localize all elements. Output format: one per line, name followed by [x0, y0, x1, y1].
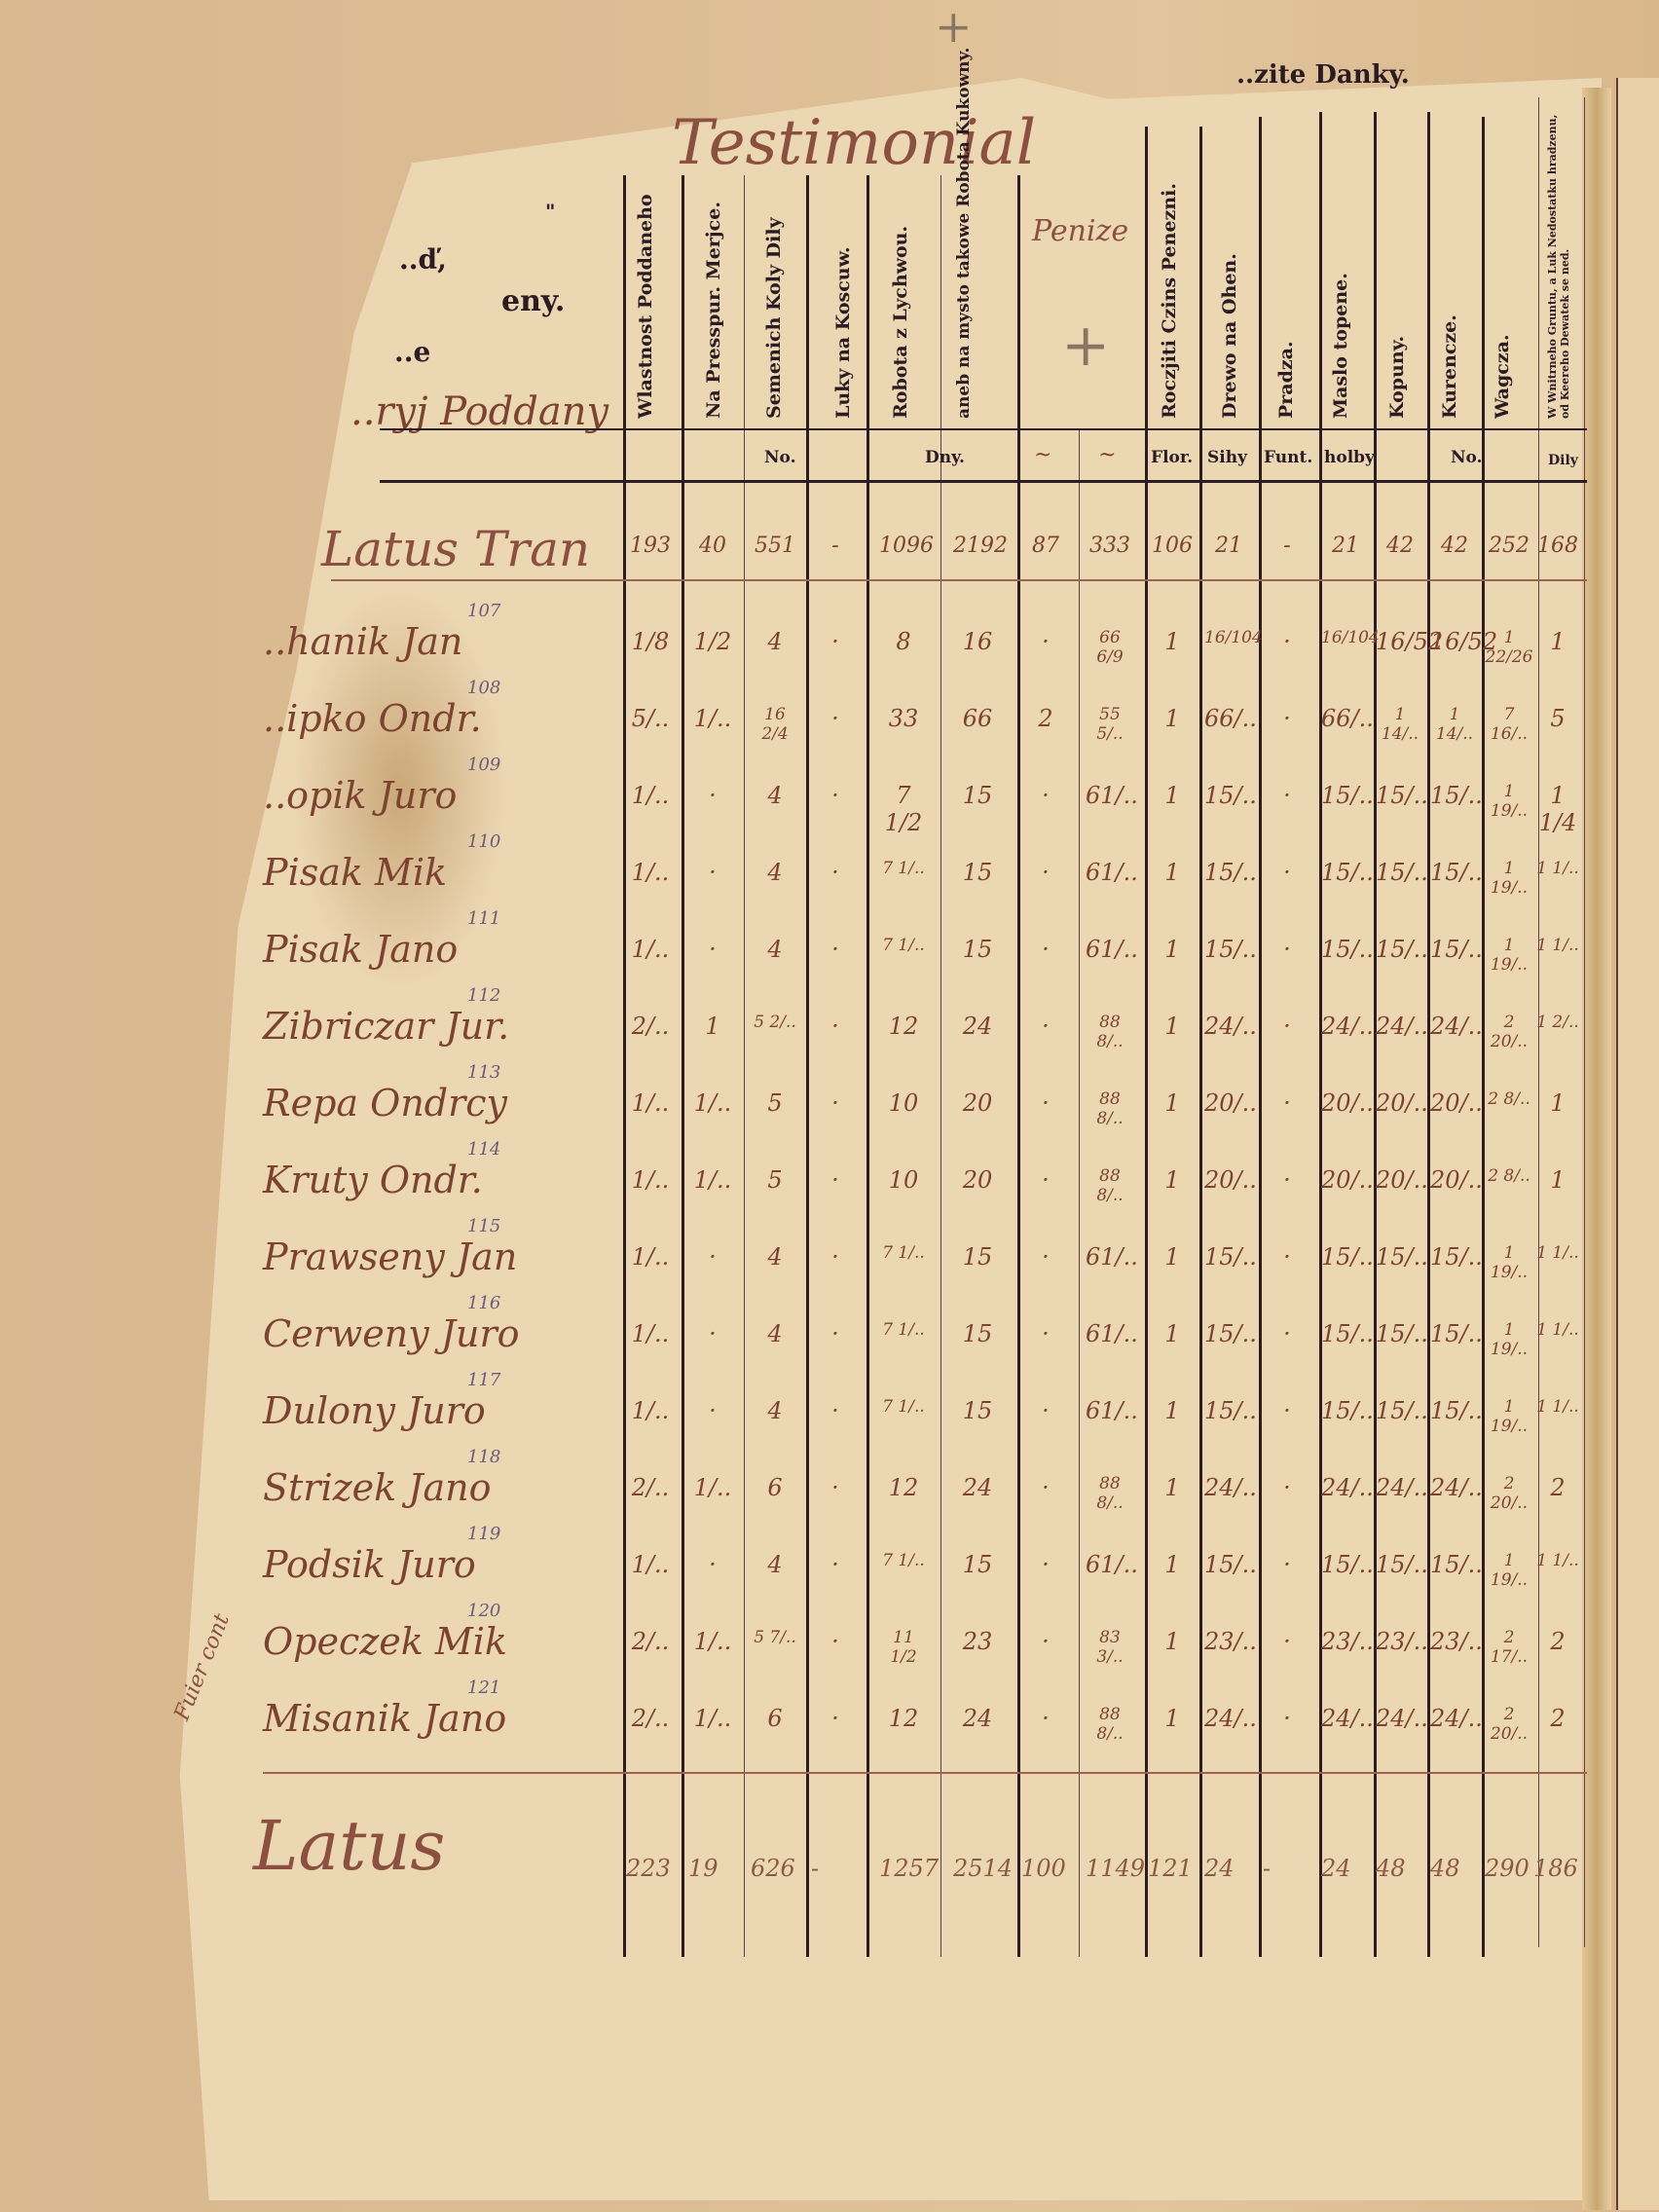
unit-label: ~ [1034, 443, 1051, 467]
total-value: 2514 [953, 1855, 1013, 1882]
cell-value: · [1263, 859, 1311, 886]
cell-value: 12 [879, 1705, 928, 1732]
cell-value: · [1021, 1013, 1070, 1040]
cell-value: 7 1/.. [879, 1320, 928, 1340]
cell-value: · [1263, 1705, 1311, 1732]
cell-value: 15 [953, 782, 1002, 809]
cell-value: 15/.. [1430, 782, 1479, 809]
cell-value: 15/.. [1321, 1320, 1370, 1347]
cell-value: 1 [1148, 936, 1197, 963]
cell-value: 5 [1533, 705, 1582, 732]
cell-value: · [688, 1320, 737, 1347]
cell-value: 1/.. [626, 1089, 675, 1117]
cell-value: 15/.. [1430, 1397, 1479, 1424]
cell-value: 1 [1148, 1166, 1197, 1194]
cell-value: 15 [953, 859, 1002, 886]
cell-value: 24/.. [1321, 1013, 1370, 1040]
carry-over-value: 2192 [953, 534, 1002, 558]
row-number: 119 [467, 1524, 500, 1544]
cell-value: 5 2/.. [751, 1013, 799, 1032]
cell-value: 1/.. [688, 705, 737, 732]
cell-value: 2 17/.. [1485, 1628, 1533, 1667]
handwritten-title: Testimonial [672, 107, 1036, 179]
cell-value: · [811, 1705, 860, 1732]
column-header: aneb na mysto takowe Robota Kukowny. [954, 170, 974, 419]
cell-value: 2/.. [626, 1013, 675, 1040]
row-number: 111 [467, 908, 500, 929]
heading-fragment: " [545, 200, 555, 223]
carry-over-value: 87 [1021, 534, 1070, 558]
subject-name: Cerweny Juro [263, 1312, 520, 1355]
cell-value: 16 2/4 [751, 705, 799, 744]
cell-value: 15/.. [1321, 1243, 1370, 1271]
column-divider [1145, 127, 1148, 1957]
cell-value: 1 14/.. [1376, 705, 1424, 744]
cell-value: · [688, 1551, 737, 1578]
cell-value: 7 1/2 [879, 782, 928, 836]
column-header: Kopuny. [1386, 321, 1408, 419]
cell-value: 2 8/.. [1485, 1089, 1533, 1109]
cell-value: · [1021, 782, 1070, 809]
cell-value: 2 20/.. [1485, 1705, 1533, 1744]
cell-value: 2 8/.. [1485, 1166, 1533, 1186]
total-value: 24 [1321, 1855, 1351, 1882]
cell-value: 15/.. [1321, 936, 1370, 963]
cell-value: 1 1/.. [1533, 936, 1582, 955]
cell-value: 4 [751, 1243, 799, 1271]
cell-value: · [811, 1474, 860, 1501]
cell-value: · [1021, 1320, 1070, 1347]
subject-name: Misanik Jano [263, 1697, 506, 1740]
cell-value: 15/.. [1430, 1320, 1479, 1347]
cell-value: 61/.. [1086, 1397, 1134, 1424]
cell-value: 1 19/.. [1485, 859, 1533, 898]
cell-value: 1 19/.. [1485, 1551, 1533, 1590]
cell-value: 15/.. [1430, 859, 1479, 886]
column-header: Wlastnost Poddaneho [635, 166, 656, 419]
cell-value: · [1021, 1705, 1070, 1732]
cell-value: 24 [953, 1705, 1002, 1732]
cell-value: 2 20/.. [1485, 1474, 1533, 1513]
cell-value: 12 [879, 1013, 928, 1040]
carry-over-value: 40 [688, 534, 737, 558]
cell-value: 7 1/.. [879, 859, 928, 878]
subject-name: ..hanik Jan [263, 620, 462, 663]
unit-label: Funt. [1264, 448, 1312, 467]
cell-value: 20 [953, 1166, 1002, 1194]
column-divider [866, 175, 869, 1957]
subject-name: Podsik Juro [263, 1543, 476, 1586]
cell-value: 88 8/.. [1086, 1089, 1134, 1128]
cell-value: 88 8/.. [1086, 1166, 1134, 1205]
subject-name: Prawseny Jan [263, 1235, 517, 1278]
cell-value: 6 [751, 1705, 799, 1732]
cell-value: 1 [1148, 705, 1197, 732]
cell-value: 1 [1148, 628, 1197, 655]
carry-over-value: 42 [1376, 534, 1424, 558]
row-number: 109 [467, 755, 500, 775]
cell-value: 1 19/.. [1485, 1320, 1533, 1359]
total-value: - [1263, 1855, 1271, 1882]
cell-value: 23/.. [1430, 1628, 1479, 1655]
cell-value: · [811, 1320, 860, 1347]
row-number: 114 [467, 1139, 500, 1160]
cell-value: · [1263, 1243, 1311, 1271]
cell-value: 5 [751, 1166, 799, 1194]
cell-value: · [688, 936, 737, 963]
cell-value: 15/.. [1430, 1243, 1479, 1271]
cell-value: · [1263, 1397, 1311, 1424]
row-number: 113 [467, 1062, 500, 1083]
cell-value: 1 1/4 [1533, 782, 1582, 836]
cell-value: 61/.. [1086, 782, 1134, 809]
header-rule [380, 428, 1587, 430]
cell-value: 66 [953, 705, 1002, 732]
cell-value: 88 8/.. [1086, 1013, 1134, 1051]
cell-value: 1 14/.. [1430, 705, 1479, 744]
total-value: - [811, 1855, 819, 1882]
carry-over-value: 252 [1485, 534, 1533, 558]
cell-value: 1 [1148, 1243, 1197, 1271]
carry-over-value: 21 [1204, 534, 1253, 558]
cell-value: 4 [751, 782, 799, 809]
cell-value: 11 1/2 [879, 1628, 928, 1667]
carry-over-value: 21 [1321, 534, 1370, 558]
cell-value: · [1263, 1474, 1311, 1501]
cell-value: 15/.. [1204, 1397, 1253, 1424]
cell-value: · [1021, 1551, 1070, 1578]
carry-over-value: - [811, 534, 860, 558]
cell-value: 33 [879, 705, 928, 732]
cell-value: 23/.. [1204, 1628, 1253, 1655]
column-header: Roczjiti Czins Penezni. [1159, 146, 1180, 419]
cell-value: · [811, 1013, 860, 1040]
cell-value: 1 [1148, 1474, 1197, 1501]
cell-value: 2 [1021, 705, 1070, 732]
cell-value: · [1021, 1089, 1070, 1117]
cell-value: 1/.. [626, 936, 675, 963]
cell-value: 24/.. [1430, 1474, 1479, 1501]
row-number: 108 [467, 678, 500, 698]
unit-label: Sihy [1207, 448, 1247, 467]
unit-label: No. [1451, 448, 1483, 467]
cell-value: 1/.. [626, 782, 675, 809]
cell-value: 15/.. [1321, 1397, 1370, 1424]
cell-value: · [688, 1243, 737, 1271]
total-value: 626 [751, 1855, 795, 1882]
cell-value: 4 [751, 859, 799, 886]
column-header: Na Presspur. Merjce. [703, 175, 724, 419]
cell-value: 10 [879, 1089, 928, 1117]
carry-over-value: 42 [1430, 534, 1479, 558]
cell-value: 16/104 [1204, 628, 1253, 647]
cell-value: 1 [1533, 1089, 1582, 1117]
cell-value: 66/.. [1204, 705, 1253, 732]
column-header: Kurencze. [1439, 312, 1460, 419]
carry-over-value: 1096 [879, 534, 928, 558]
cell-value: 7 1/.. [879, 1397, 928, 1417]
penize-label: Penize [1032, 214, 1128, 248]
cell-value: 20/.. [1430, 1089, 1479, 1117]
heading-fragment: ..ď, [399, 243, 447, 276]
cell-value: 24/.. [1430, 1705, 1479, 1732]
cell-value: 1 [1148, 1089, 1197, 1117]
cell-value: 1/.. [626, 1320, 675, 1347]
column-header: Maslo topene. [1330, 263, 1351, 419]
cell-value: 15/.. [1376, 1243, 1424, 1271]
carry-over-rule [331, 579, 1587, 581]
cell-value: 4 [751, 1397, 799, 1424]
cell-value: 15/.. [1376, 859, 1424, 886]
cell-value: 24/.. [1321, 1474, 1370, 1501]
cell-value: 6 [751, 1474, 799, 1501]
cell-value: 1 19/.. [1485, 1397, 1533, 1436]
carry-over-value: - [1263, 534, 1311, 558]
unit-label: ~ [1098, 443, 1116, 467]
cell-value: · [1021, 859, 1070, 886]
cell-value: 2/.. [626, 1628, 675, 1655]
column-divider [1259, 117, 1262, 1957]
subject-name: Kruty Ondr. [263, 1159, 483, 1201]
cell-value: 4 [751, 936, 799, 963]
cell-value: 15/.. [1204, 1243, 1253, 1271]
cell-value: 24/.. [1376, 1705, 1424, 1732]
cell-value: 61/.. [1086, 936, 1134, 963]
cell-value: 1/2 [688, 628, 737, 655]
cell-value: 1/.. [688, 1166, 737, 1194]
cell-value: 15 [953, 1551, 1002, 1578]
cell-value: 15/.. [1376, 936, 1424, 963]
cell-value: 1/.. [688, 1705, 737, 1732]
cell-value: 1 [1148, 859, 1197, 886]
cell-value: 1 1/.. [1533, 1551, 1582, 1570]
cell-value: 16 [953, 628, 1002, 655]
cell-value: · [811, 782, 860, 809]
cell-value: 16/52 [1430, 628, 1479, 655]
total-value: 186 [1533, 1855, 1578, 1882]
cell-value: 23/.. [1376, 1628, 1424, 1655]
cell-value: 1 22/26 [1485, 628, 1533, 667]
cell-value: · [1021, 1166, 1070, 1194]
total-value: 121 [1148, 1855, 1193, 1882]
cell-value: 12 [879, 1474, 928, 1501]
cell-value: 15/.. [1376, 782, 1424, 809]
row-number: 121 [467, 1677, 500, 1698]
cell-value: · [1263, 936, 1311, 963]
column-header: Luky na Koscuw. [832, 195, 854, 419]
cell-value: 1 [1148, 1551, 1197, 1578]
unit-label: Dily [1548, 453, 1578, 468]
total-value: 48 [1376, 1855, 1406, 1882]
cell-value: 15/.. [1204, 936, 1253, 963]
cell-value: 88 8/.. [1086, 1474, 1134, 1513]
cell-value: 1 19/.. [1485, 1243, 1533, 1282]
subject-name: Zibriczar Jur. [263, 1005, 509, 1048]
cell-value: 1/.. [626, 1397, 675, 1424]
corner-mark: + [935, 0, 973, 53]
row-number: 120 [467, 1601, 500, 1621]
column-divider [744, 175, 745, 1957]
table-border-left [623, 175, 626, 1957]
total-value: 1149 [1086, 1855, 1145, 1882]
subject-name: Pisak Mik [263, 851, 447, 894]
column-header: Wagcza. [1492, 331, 1513, 419]
cell-value: 1/.. [688, 1474, 737, 1501]
cell-value: · [1263, 1013, 1311, 1040]
cell-value: 15/.. [1204, 782, 1253, 809]
cell-value: · [1263, 628, 1311, 655]
cell-value: · [811, 1243, 860, 1271]
cell-value: 1 [1148, 1013, 1197, 1040]
row-number: 116 [467, 1293, 500, 1313]
cell-value: 5 7/.. [751, 1628, 799, 1647]
subject-name: Dulony Juro [263, 1389, 486, 1432]
cell-value: · [1263, 1089, 1311, 1117]
cell-value: · [1263, 1551, 1311, 1578]
cell-value: 15/.. [1204, 859, 1253, 886]
cell-value: 10 [879, 1166, 928, 1194]
cell-value: 15/.. [1376, 1551, 1424, 1578]
cell-value: · [1021, 936, 1070, 963]
cell-value: 55 5/.. [1086, 705, 1134, 744]
total-value: 290 [1485, 1855, 1530, 1882]
cell-value: 24/.. [1321, 1705, 1370, 1732]
row-number: 112 [467, 985, 500, 1006]
cell-value: · [688, 859, 737, 886]
cell-value: · [1263, 1166, 1311, 1194]
cell-value: 20/.. [1321, 1166, 1370, 1194]
carry-over-value: 333 [1086, 534, 1134, 558]
row-number: 115 [467, 1216, 500, 1236]
total-value: 1257 [879, 1855, 939, 1882]
cell-value: 83 3/.. [1086, 1628, 1134, 1667]
cell-value: 1 [1148, 782, 1197, 809]
cell-value: 15 [953, 1397, 1002, 1424]
cell-value: 15/.. [1321, 859, 1370, 886]
cell-value: 1 [1148, 1397, 1197, 1424]
cell-value: 24/.. [1204, 1013, 1253, 1040]
cell-value: 66 6/9 [1086, 628, 1134, 667]
row-number: 107 [467, 601, 500, 621]
subject-name: Strizek Jano [263, 1466, 491, 1509]
cell-value: · [1021, 1474, 1070, 1501]
cell-value: 1 19/.. [1485, 782, 1533, 821]
cell-value: 1 19/.. [1485, 936, 1533, 975]
cell-value: 61/.. [1086, 1320, 1134, 1347]
cell-value: 20/.. [1376, 1089, 1424, 1117]
carry-over-value: 551 [751, 534, 799, 558]
unit-label: Flor. [1151, 448, 1193, 467]
cell-value: · [1021, 1628, 1070, 1655]
cell-value: 24/.. [1376, 1013, 1424, 1040]
cell-value: 15/.. [1321, 782, 1370, 809]
row-number: 117 [467, 1370, 500, 1390]
cell-value: 15/.. [1376, 1397, 1424, 1424]
cell-value: 4 [751, 1320, 799, 1347]
cell-value: 20/.. [1204, 1089, 1253, 1117]
subject-name: ..opik Juro [263, 774, 457, 817]
cell-value: 1/.. [626, 1551, 675, 1578]
carry-over-value: 168 [1533, 534, 1582, 558]
cell-value: 1 [1533, 628, 1582, 655]
cell-value: · [811, 705, 860, 732]
carry-over-label: Latus Tran [321, 521, 590, 577]
penize-mark: + [1061, 312, 1110, 380]
cell-value: 2 [1533, 1628, 1582, 1655]
cell-value: 15/.. [1204, 1320, 1253, 1347]
cell-value: · [1021, 1397, 1070, 1424]
cell-value: 15/.. [1376, 1320, 1424, 1347]
cell-value: 15/.. [1321, 1551, 1370, 1578]
cell-value: 1/.. [626, 859, 675, 886]
column-divider [1079, 428, 1080, 1957]
column-divider [1199, 127, 1202, 1957]
cell-value: 1/.. [626, 1243, 675, 1271]
cell-value: 20/.. [1430, 1166, 1479, 1194]
cell-value: 23 [953, 1628, 1002, 1655]
cell-value: 2 [1533, 1705, 1582, 1732]
cell-value: · [811, 1551, 860, 1578]
facing-page-edge [1616, 78, 1659, 2210]
cell-value: 5 [751, 1089, 799, 1117]
cell-value: · [688, 782, 737, 809]
column-divider [682, 175, 684, 1957]
cell-value: · [1263, 1320, 1311, 1347]
subject-name: ..ipko Ondr. [263, 697, 482, 740]
cell-value: 1 1/.. [1533, 1397, 1582, 1417]
cell-value: 15 [953, 1243, 1002, 1271]
unit-label: No. [764, 448, 796, 467]
unit-label: holby [1324, 448, 1375, 467]
cell-value: 1 [688, 1013, 737, 1040]
cell-value: 2/.. [626, 1474, 675, 1501]
column-divider [940, 175, 941, 1957]
cell-value: · [811, 1089, 860, 1117]
cell-value: 15 [953, 1320, 1002, 1347]
cell-value: 16/104 [1321, 628, 1370, 647]
cell-value: 7 16/.. [1485, 705, 1533, 744]
cell-value: 1 1/.. [1533, 859, 1582, 878]
cell-value: 61/.. [1086, 1551, 1134, 1578]
cell-value: 1 [1148, 1320, 1197, 1347]
cell-value: 1 1/.. [1533, 1243, 1582, 1263]
total-value: 24 [1204, 1855, 1235, 1882]
cell-value: 24 [953, 1013, 1002, 1040]
cell-value: · [1263, 705, 1311, 732]
totals-rule [263, 1772, 1587, 1774]
cell-value: · [811, 936, 860, 963]
cell-value: 8 [879, 628, 928, 655]
cell-value: · [811, 859, 860, 886]
total-value: 19 [688, 1855, 719, 1882]
cell-value: 15/.. [1204, 1551, 1253, 1578]
cell-value: 1/.. [688, 1628, 737, 1655]
table-border-right [1584, 97, 1585, 1947]
cell-value: · [811, 628, 860, 655]
cell-value: · [811, 1397, 860, 1424]
unit-label: Dny. [925, 448, 965, 467]
total-value: 100 [1021, 1855, 1066, 1882]
cell-value: 20/.. [1204, 1166, 1253, 1194]
cell-value: 1 [1533, 1166, 1582, 1194]
row-number: 110 [467, 831, 500, 852]
row-number: 118 [467, 1447, 500, 1467]
header-rule [380, 480, 1587, 483]
cell-value: 1/8 [626, 628, 675, 655]
cell-value: 4 [751, 1551, 799, 1578]
cell-value: 15 [953, 936, 1002, 963]
column-header: Semenich Koly Dily [763, 175, 785, 419]
